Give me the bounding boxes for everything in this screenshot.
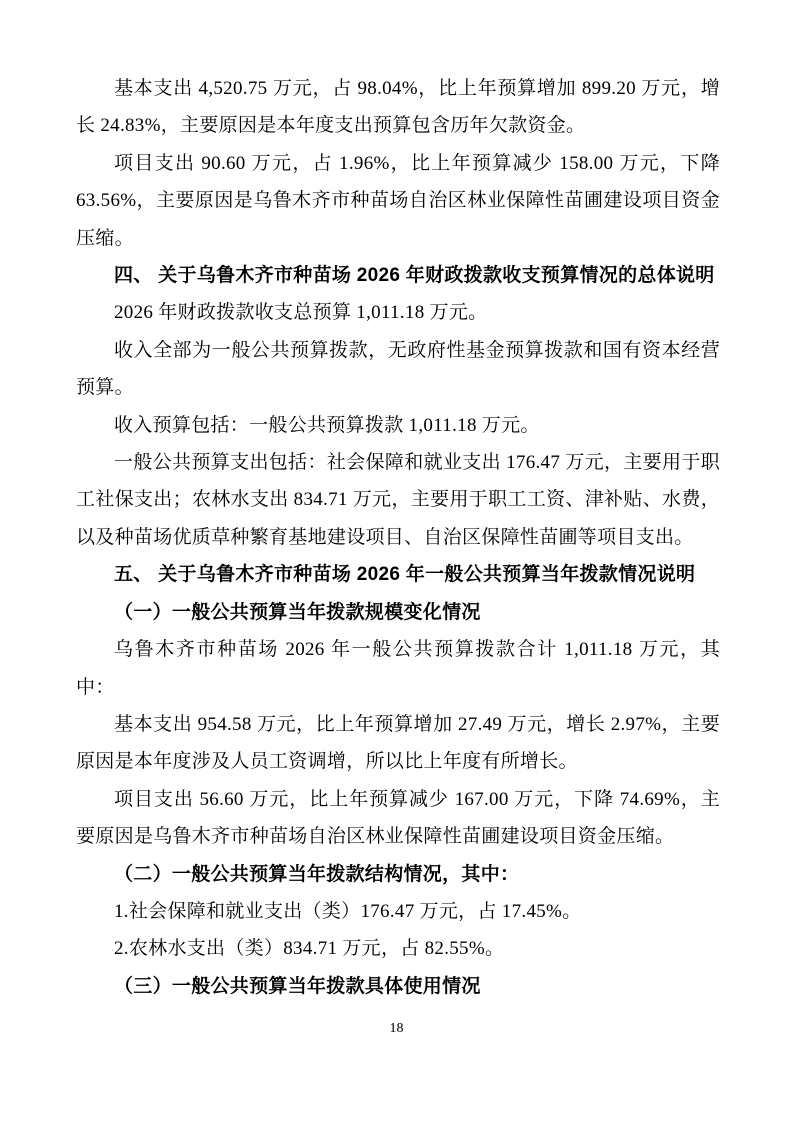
para-project-expenditure-total: 项目支出 90.60 万元，占 1.96%，比上年预算减少 158.00 万元，… [76,145,720,257]
heading-section-5-public-budget-appropriation: 五、 关于乌鲁木齐市种苗场 2026 年一般公共预算当年拨款情况说明 [76,556,720,593]
page-number: 18 [0,1020,793,1038]
para-public-budget-expenditure-includes: 一般公共预算支出包括：社会保障和就业支出 176.47 万元，主要用于职工社保支… [76,444,720,556]
para-income-budget-includes: 收入预算包括：一般公共预算拨款 1,011.18 万元。 [76,407,720,444]
para-appropriation-total: 乌鲁木齐市种苗场 2026 年一般公共预算拨款合计 1,011.18 万元，其中… [76,631,720,706]
para-basic-expenditure-total: 基本支出 4,520.75 万元，占 98.04%，比上年预算增加 899.20… [76,70,720,145]
document-page: 基本支出 4,520.75 万元，占 98.04%，比上年预算增加 899.20… [0,0,793,1122]
para-project-expenditure-change: 项目支出 56.60 万元，比上年预算减少 167.00 万元，下降 74.69… [76,781,720,856]
para-basic-expenditure-change: 基本支出 954.58 万元，比上年预算增加 27.49 万元，增长 2.97%… [76,706,720,781]
document-body: 基本支出 4,520.75 万元，占 98.04%，比上年预算增加 899.20… [76,70,720,1005]
para-structure-item-agriculture-forestry-water: 2.农林水支出（类）834.71 万元，占 82.55%。 [76,930,720,967]
para-fiscal-appropriation-total-budget: 2026 年财政拨款收支总预算 1,011.18 万元。 [76,294,720,331]
heading-5-2-structure: （二）一般公共预算当年拨款结构情况，其中： [76,856,720,893]
para-income-source-description: 收入全部为一般公共预算拨款，无政府性基金预算拨款和国有资本经营预算。 [76,332,720,407]
para-structure-item-social-security: 1.社会保障和就业支出（类）176.47 万元，占 17.45%。 [76,893,720,930]
heading-5-1-scale-change: （一）一般公共预算当年拨款规模变化情况 [76,594,720,631]
heading-5-3-specific-usage: （三）一般公共预算当年拨款具体使用情况 [76,968,720,1005]
heading-section-4-fiscal-appropriation-overview: 四、 关于乌鲁木齐市种苗场 2026 年财政拨款收支预算情况的总体说明 [76,257,720,294]
